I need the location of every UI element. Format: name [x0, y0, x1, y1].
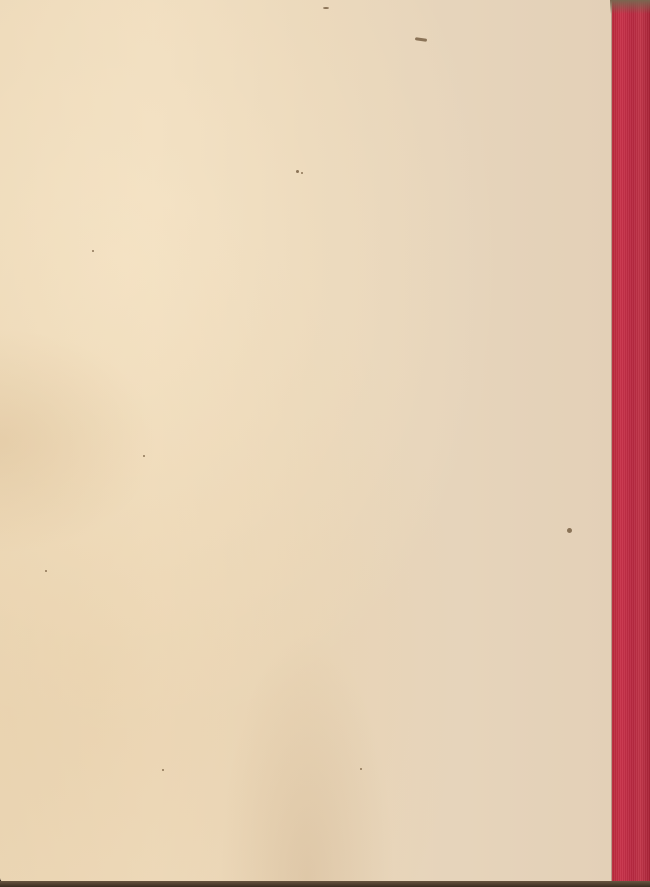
blemish: [323, 7, 329, 9]
red-cloth-spine: [612, 0, 650, 887]
book-back-cover: [0, 0, 650, 887]
blemish: [567, 528, 572, 533]
spine-top-wear: [610, 0, 650, 14]
blemish: [92, 250, 94, 252]
blemish: [415, 37, 427, 42]
blemish: [301, 172, 303, 174]
blemish: [296, 170, 299, 173]
cover-paper: [0, 0, 614, 882]
book-bottom-edge: [0, 881, 650, 887]
blemish: [360, 768, 362, 770]
blemish: [162, 769, 164, 771]
blemish: [45, 570, 47, 572]
blemish: [143, 455, 145, 457]
